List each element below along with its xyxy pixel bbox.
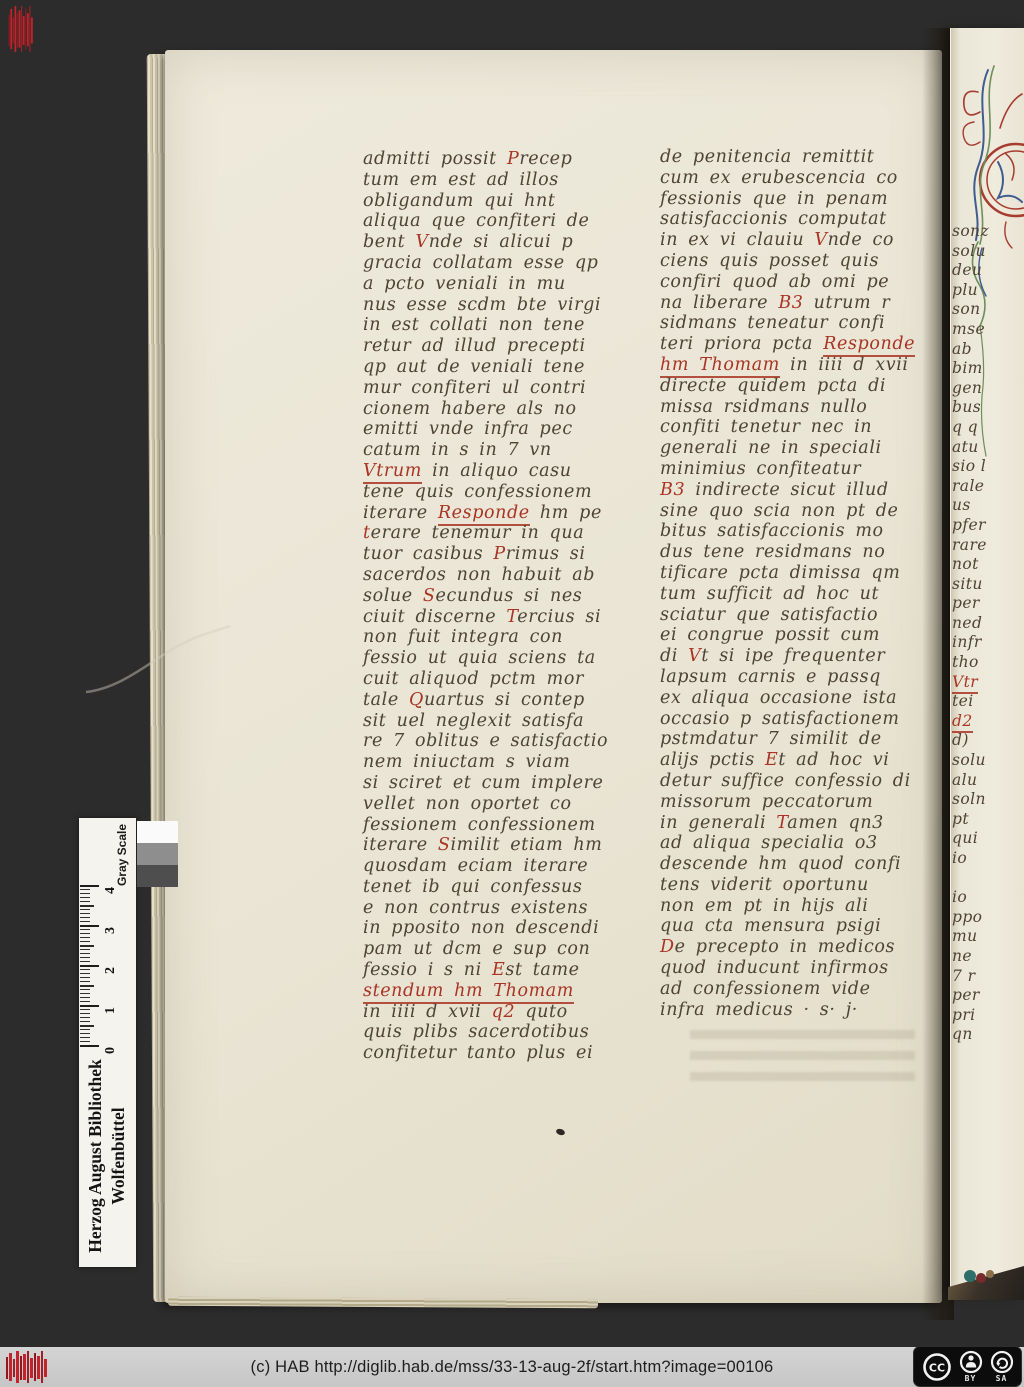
manuscript-line: in est collati non tene: [363, 315, 631, 336]
manuscript-line: obligandum qui hnt: [363, 191, 631, 212]
manuscript-line: solue Secundus si nes: [363, 586, 631, 607]
ruler-major-tick: [80, 965, 99, 967]
manuscript-line: minimius confiteatur: [660, 459, 928, 480]
manuscript-line: quosdam eciam iterare: [363, 856, 631, 877]
manuscript-line: directe quidem pcta di: [660, 376, 928, 397]
manuscript-line: lapsum carnis e passq: [660, 667, 928, 688]
manuscript-line: iterare Responde hm pe: [363, 503, 631, 524]
manuscript-line: confiti tenetur nec in: [660, 417, 928, 438]
gray-scale-swatch: [137, 865, 178, 887]
manuscript-line: fessio i s ni Est tame: [363, 960, 631, 981]
manuscript-line: 7 r: [952, 967, 1024, 987]
manuscript-line: na liberare B3 utrum r: [660, 293, 928, 314]
manuscript-line: aliqua que confiteri de: [363, 211, 631, 232]
manuscript-line: confiri quod ab omi pe: [660, 272, 928, 293]
manuscript-line: plu: [952, 281, 1024, 301]
cc-by-person-icon: [959, 1350, 983, 1374]
manuscript-line: bitus satisfaccionis mo: [660, 521, 928, 542]
manuscript-line: pri: [952, 1006, 1024, 1026]
ruler-number: 1: [103, 998, 119, 1014]
manuscript-line: us: [952, 496, 1024, 516]
text-column-left: admitti possit Preceptum em est ad illos…: [363, 149, 631, 1064]
manuscript-line: pfer: [952, 516, 1024, 536]
manuscript-line: catum in s in 7 vn: [363, 440, 631, 461]
manuscript-line: pam ut dcm e sup con: [363, 939, 631, 960]
manuscript-line: sit uel neglexit satisfa: [363, 711, 631, 732]
manuscript-line: cionem habere als no: [363, 399, 631, 420]
manuscript-line: ei congrue possit cum: [660, 625, 928, 646]
facing-page-text-fragments: sonzsoludeuplusonmseabbimgenbusq qatusio…: [952, 222, 1024, 1045]
manuscript-line: mu: [952, 927, 1024, 947]
ruler-number: 2: [103, 958, 119, 974]
manuscript-line: in pposito non descendi: [363, 918, 631, 939]
manuscript-line: dus tene residmans no: [660, 542, 928, 563]
manuscript-line: di Vt si ipe frequenter: [660, 646, 928, 667]
institution-label: Herzog August Bibliothek Wolfenbüttel: [84, 1048, 134, 1264]
manuscript-line: io: [952, 888, 1024, 908]
ruler-number: 3: [103, 918, 119, 934]
manuscript-line: a pcto veniali in mu: [363, 274, 631, 295]
manuscript-line: solu: [952, 751, 1024, 771]
manuscript-line: tuor casibus Primus si: [363, 544, 631, 565]
manuscript-line: quis plibs sacerdotibus: [363, 1022, 631, 1043]
manuscript-line: mur confiteri ul contri: [363, 378, 631, 399]
manuscript-line: fessionis que in penam: [660, 189, 928, 210]
manuscript-line: d2: [952, 712, 1024, 732]
manuscript-line: gracia collatam esse qp: [363, 253, 631, 274]
svg-text:CC: CC: [928, 1361, 944, 1374]
manuscript-line: vellet non oportet co: [363, 794, 631, 815]
manuscript-line: in iiii d xvii q2 quto: [363, 1002, 631, 1023]
manuscript-line: infra medicus · s· j·: [660, 1000, 928, 1021]
ruler-medium-tick: [80, 945, 94, 947]
cc-sa-icon: [990, 1350, 1014, 1374]
manuscript-line: si sciret et cum implere: [363, 773, 631, 794]
manuscript-line: admitti possit Precep: [363, 149, 631, 170]
manuscript-line: mse: [952, 320, 1024, 340]
cc-sa-label: SA: [996, 1374, 1008, 1383]
manuscript-line: ppo: [952, 908, 1024, 928]
manuscript-line: tenet ib qui confessus: [363, 877, 631, 898]
manuscript-line: pt: [952, 810, 1024, 830]
manuscript-line: hm Thomam in iiii d xvii: [660, 355, 928, 376]
manuscript-line: qui: [952, 829, 1024, 849]
manuscript-line: sine quo scia non pt de: [660, 501, 928, 522]
manuscript-viewer-background: admitti possit Preceptum em est ad illos…: [0, 0, 1024, 1387]
manuscript-line: generali ne in speciali: [660, 438, 928, 459]
manuscript-line: per: [952, 594, 1024, 614]
manuscript-line: ad confessionem vide: [660, 979, 928, 1000]
manuscript-line: sio l: [952, 457, 1024, 477]
manuscript-line: cuit aliquod pctm mor: [363, 669, 631, 690]
show-through-text: [690, 1030, 915, 1092]
manuscript-line: nus esse scdm bte virgi: [363, 295, 631, 316]
manuscript-line: missorum peccatorum: [660, 792, 928, 813]
manuscript-line: tho: [952, 653, 1024, 673]
manuscript-line: occasio p satisfactionem: [660, 709, 928, 730]
ruler-medium-tick: [80, 905, 94, 907]
manuscript-line: Vtrum in aliquo casu: [363, 461, 631, 482]
manuscript-line: ad aliqua specialia o3: [660, 833, 928, 854]
manuscript-line: soln: [952, 790, 1024, 810]
ruler-medium-tick: [80, 985, 94, 987]
manuscript-line: tum sufficit ad hoc ut: [660, 584, 928, 605]
manuscript-line: De precepto in medicos: [660, 937, 928, 958]
manuscript-line: per: [952, 986, 1024, 1006]
manuscript-line: tens viderit oportunu: [660, 875, 928, 896]
manuscript-line: infr: [952, 633, 1024, 653]
manuscript-line: solu: [952, 242, 1024, 262]
manuscript-line: alijs pctis Et ad hoc vi: [660, 750, 928, 771]
manuscript-line: nem iniuctam s viam: [363, 752, 631, 773]
manuscript-line: tificare pcta dimissa qm: [660, 563, 928, 584]
ruler-major-tick: [80, 1005, 99, 1007]
manuscript-line: rare: [952, 536, 1024, 556]
manuscript-line: [952, 869, 1024, 889]
manuscript-line: teri priora pcta Responde: [660, 334, 928, 355]
manuscript-line: bent Vnde si alicui p: [363, 232, 631, 253]
manuscript-line: pstmdatur 7 similit de: [660, 729, 928, 750]
manuscript-line: sciatur que satisfactio: [660, 605, 928, 626]
manuscript-line: e non contrus existens: [363, 898, 631, 919]
hab-stripes-logo-icon: [8, 6, 34, 52]
marbled-dots: [958, 1266, 1002, 1288]
manuscript-line: rale: [952, 477, 1024, 497]
manuscript-line: non fuit integra con: [363, 627, 631, 648]
manuscript-line: deu: [952, 261, 1024, 281]
manuscript-line: qp aut de veniali tene: [363, 357, 631, 378]
institution-line1: Herzog August Bibliothek: [84, 1048, 107, 1264]
manuscript-line: ned: [952, 614, 1024, 634]
manuscript-line: retur ad illud precepti: [363, 336, 631, 357]
manuscript-line: quod inducunt infirmos: [660, 958, 928, 979]
manuscript-line: Vtr: [952, 673, 1024, 693]
manuscript-line: alu: [952, 771, 1024, 791]
manuscript-line: tene quis confessionem: [363, 482, 631, 503]
manuscript-line: cum ex erubescencia co: [660, 168, 928, 189]
manuscript-line: io: [952, 849, 1024, 869]
manuscript-line: tei: [952, 692, 1024, 712]
manuscript-line: atu: [952, 438, 1024, 458]
manuscript-line: sacerdos non habuit ab: [363, 565, 631, 586]
manuscript-line: terare tenemur in qua: [363, 523, 631, 544]
manuscript-line: ab: [952, 340, 1024, 360]
manuscript-line: re 7 oblitus e satisfactio: [363, 731, 631, 752]
gray-scale-swatches: [137, 821, 178, 887]
manuscript-line: detur suffice confessio di: [660, 771, 928, 792]
manuscript-line: sonz: [952, 222, 1024, 242]
cc-by-label: BY: [965, 1374, 977, 1383]
gray-scale-swatch: [137, 843, 178, 865]
manuscript-line: son: [952, 300, 1024, 320]
manuscript-line: in ex vi clauiu Vnde co: [660, 230, 928, 251]
manuscript-line: fessio ut quia sciens ta: [363, 648, 631, 669]
manuscript-line: bim: [952, 359, 1024, 379]
manuscript-line: tum em est ad illos: [363, 170, 631, 191]
text-column-right: de penitencia remittitcum ex erubescenci…: [660, 147, 928, 1020]
gray-scale-swatch: [137, 821, 178, 843]
manuscript-line: descende hm quod confi: [660, 854, 928, 875]
manuscript-line: in generali Tamen qn3: [660, 813, 928, 834]
manuscript-line: iterare Similit etiam hm: [363, 835, 631, 856]
ruler-major-tick: [80, 925, 99, 927]
manuscript-line: tale Quartus si contep: [363, 690, 631, 711]
manuscript-line: ciuit discerne Tercius si: [363, 607, 631, 628]
manuscript-line: emitti vnde infra pec: [363, 419, 631, 440]
manuscript-line: qua cta mensura psigi: [660, 916, 928, 937]
manuscript-line: non em pt in hijs ali: [660, 896, 928, 917]
manuscript-line: situ: [952, 575, 1024, 595]
manuscript-line: ne: [952, 947, 1024, 967]
cc-license-badge[interactable]: CC BY SA: [913, 1346, 1022, 1387]
manuscript-line: fessionem confessionem: [363, 815, 631, 836]
manuscript-line: B3 indirecte sicut illud: [660, 480, 928, 501]
manuscript-line: stendum hm Thomam: [363, 981, 631, 1002]
manuscript-line: ciens quis posset quis: [660, 251, 928, 272]
institution-line2: Wolfenbüttel: [107, 1048, 130, 1264]
gray-scale-label: Gray Scale: [115, 820, 135, 890]
manuscript-line: sidmans teneatur confi: [660, 313, 928, 334]
ruler-major-tick: [80, 1045, 99, 1047]
manuscript-line: bus: [952, 398, 1024, 418]
hab-stripes-logo-icon: [5, 1351, 49, 1383]
ruler-major-tick: [80, 885, 99, 887]
manuscript-line: qn: [952, 1025, 1024, 1045]
manuscript-line: not: [952, 555, 1024, 575]
cc-logo-icon: CC: [922, 1352, 952, 1382]
ruler-medium-tick: [80, 1025, 94, 1027]
manuscript-line: de penitencia remittit: [660, 147, 928, 168]
manuscript-line: ex aliqua occasione ista: [660, 688, 928, 709]
manuscript-line: q q: [952, 418, 1024, 438]
copyright-text: (c) HAB http://diglib.hab.de/mss/33-13-a…: [0, 1347, 1024, 1387]
manuscript-line: confitetur tanto plus ei: [363, 1043, 631, 1064]
manuscript-line: d): [952, 731, 1024, 751]
page-stack-bottom-edge: [168, 1297, 598, 1309]
manuscript-line: gen: [952, 379, 1024, 399]
manuscript-line: satisfaccionis computat: [660, 209, 928, 230]
manuscript-line: missa rsidmans nullo: [660, 397, 928, 418]
